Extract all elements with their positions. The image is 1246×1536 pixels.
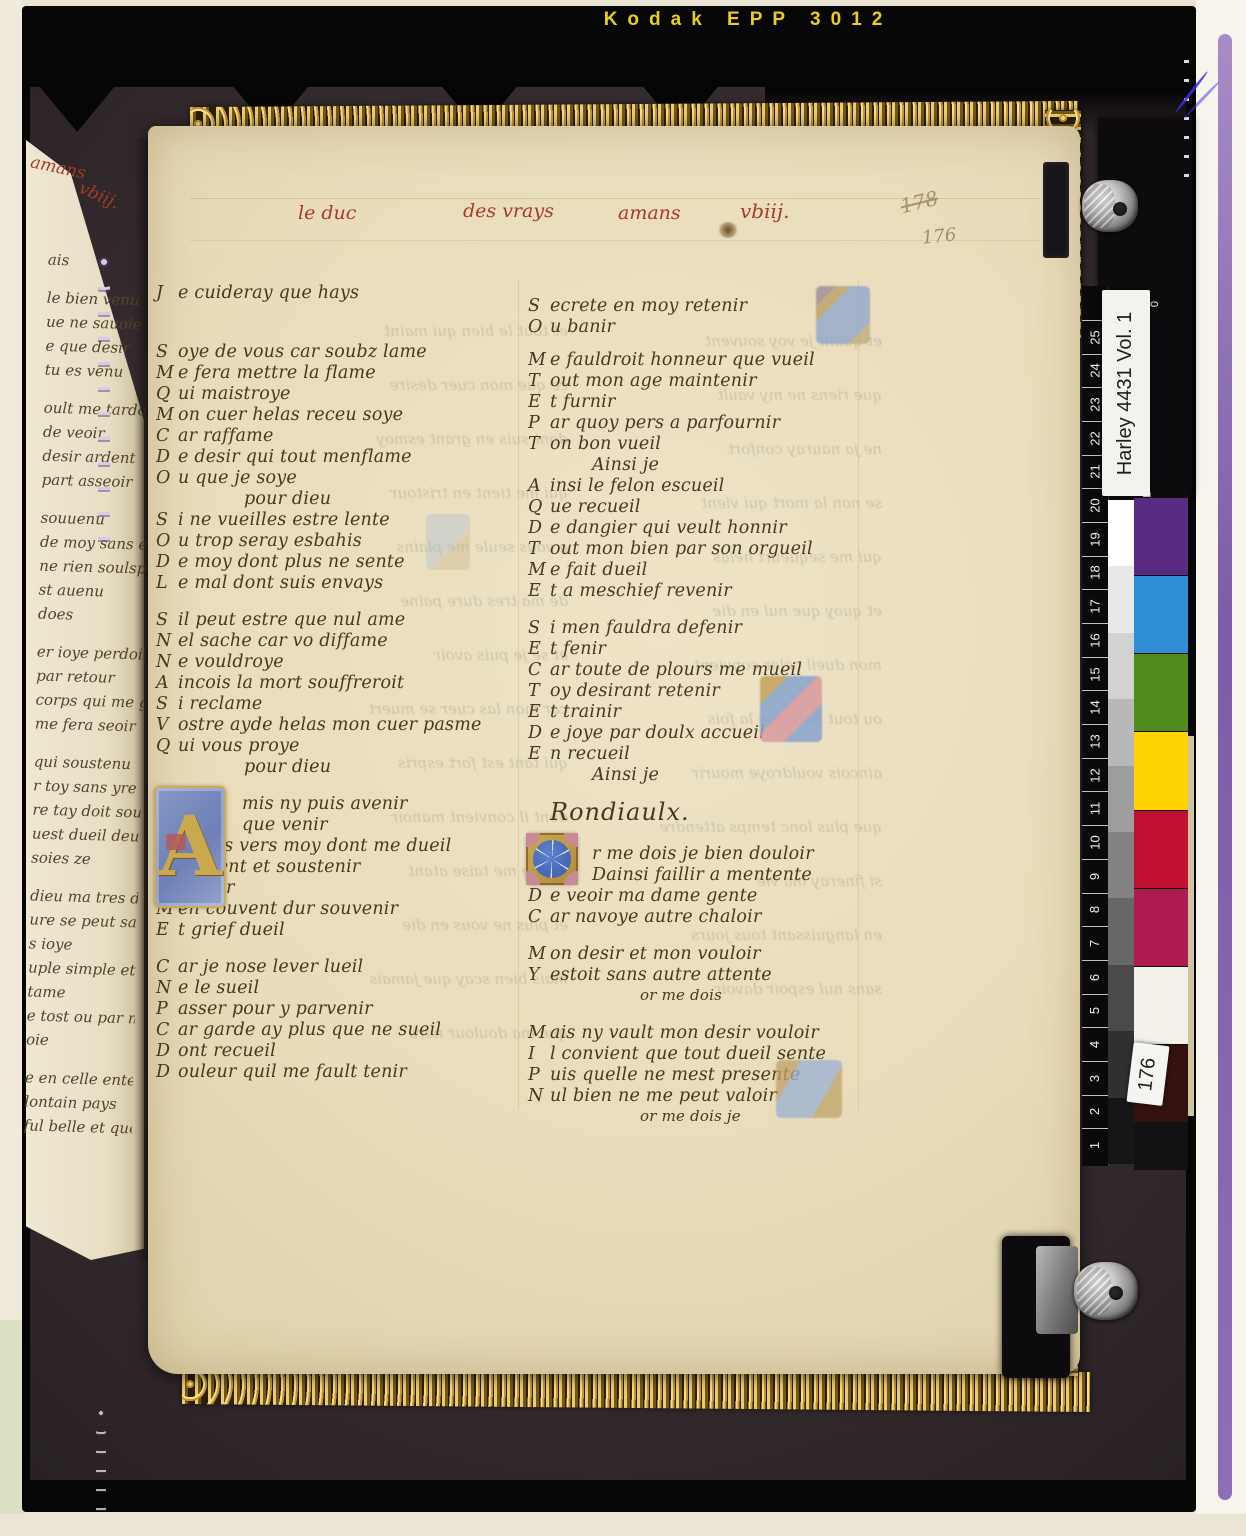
- verse-line: Car navoye autre chaloir: [528, 907, 878, 928]
- facing-page-line: e tost ou par maint: [26, 1006, 135, 1033]
- verse-line: Passer pour y parvenir: [156, 999, 501, 1020]
- verse-line: Toy desirant retenir: [528, 681, 878, 702]
- ruler-tick: 15: [1082, 657, 1108, 691]
- facing-page-line: does: [38, 605, 147, 632]
- verse-line: Tout mon age maintenir: [528, 371, 878, 392]
- verse-line: [528, 832, 878, 844]
- facing-page-line: par retour: [36, 667, 145, 694]
- ruler-tick: 6: [1082, 960, 1108, 994]
- facing-page-line: souuenu: [40, 509, 149, 536]
- verse-column-left: Je cuideray que haysSoye de vous car sou…: [156, 283, 501, 1083]
- verse-line: Me fera mettre la flame: [156, 363, 501, 384]
- verse-line: En recueil: [528, 744, 878, 765]
- ruler-tick: 9: [1082, 859, 1108, 893]
- verse-line: [528, 1007, 878, 1023]
- verse-column-right: Secrete en moy retenirOu banirMe fauldro…: [528, 296, 878, 1128]
- ruler-tick: 13: [1082, 724, 1108, 758]
- verse-line: pour dieu: [156, 757, 501, 778]
- initial-corner: [526, 871, 540, 885]
- facing-page-line: me fera seoir: [34, 715, 143, 742]
- gray-step: [1108, 699, 1134, 765]
- gray-step: [1108, 832, 1134, 898]
- verse-line: [156, 941, 501, 957]
- verse-line: De dangier qui veult honnir: [528, 518, 878, 539]
- facing-page-line: e en celle entente: [25, 1068, 134, 1095]
- strap-rivet-bottom: [1074, 1262, 1138, 1320]
- verse-line: Tout mon bien par son orgueil: [528, 539, 878, 560]
- verse-line: Ainsi je: [528, 455, 878, 476]
- verse-line: Et grief dueil: [156, 920, 501, 941]
- color-patch: [1134, 1123, 1188, 1170]
- verse-line: Me fauldroit honneur que vueil: [528, 350, 878, 371]
- verse-line: Par quoy pers a parfournir: [528, 413, 878, 434]
- color-patch: [1134, 889, 1188, 967]
- facing-page-line: ful belle et queret: [23, 1116, 132, 1143]
- color-patch: [1134, 654, 1188, 732]
- verse-line: Aincois la mort souffreroit: [156, 673, 501, 694]
- shelfmark-text: Harley 4431 Vol. 1: [1115, 311, 1138, 474]
- ruler-tick: 5: [1082, 994, 1108, 1028]
- bleedthrough-initial: [426, 514, 470, 570]
- facing-page-line: er ioye perdoit: [37, 643, 146, 670]
- scan-edge-tint: [0, 1320, 24, 1536]
- ruler-tick: 1: [1082, 1128, 1108, 1162]
- ruler-tick: 19: [1082, 522, 1108, 556]
- facing-page-line: uest dueil deuenu: [31, 824, 140, 851]
- ruler-tick: 14: [1082, 690, 1108, 724]
- verse-line: Qui vous proye: [156, 736, 501, 757]
- verse-line: Soye de vous car soubz lame: [156, 342, 501, 363]
- gray-step: [1108, 766, 1134, 832]
- verse-line: Car je nose lever lueil: [156, 957, 501, 978]
- folio-label-text: 176: [1135, 1056, 1162, 1092]
- colorbar-reflection: [1188, 736, 1194, 1116]
- facing-page-line: dieu ma tres doulce dame: [30, 886, 139, 913]
- facing-page-line: soies ze: [31, 848, 140, 875]
- manuscript-photo: Kodak EPP 3012 amans vbiij. aisle bien v…: [0, 0, 1246, 1536]
- verse-line: Ainsi le felon escueil: [528, 476, 878, 497]
- verse-line: Car raffame: [156, 426, 501, 447]
- verse-line: [528, 928, 878, 944]
- parchment-stain: [718, 222, 738, 238]
- verse-line: Ou que je soye: [156, 468, 501, 489]
- verse-line: Si reclame: [156, 694, 501, 715]
- ruler-tick: 18: [1082, 556, 1108, 590]
- verse-line: Ne vouldroye: [156, 652, 501, 673]
- rivet-groove: [1084, 184, 1115, 228]
- verse-line: Ainsi je: [528, 765, 878, 786]
- facing-page-line: tame: [27, 982, 136, 1009]
- ruler-tick: 12: [1082, 758, 1108, 792]
- verse-line: Et trainir: [528, 702, 878, 723]
- verse-line: Car toute de plours me mueil: [528, 660, 878, 681]
- illuminated-initial-A: A: [154, 786, 226, 908]
- facing-page-line: corps qui me gardoit: [35, 691, 144, 718]
- verse-line: Et fenir: [528, 639, 878, 660]
- verse-line: Ton bon vueil: [528, 434, 878, 455]
- rivet-groove: [1077, 1267, 1112, 1316]
- facing-page-line: oie: [26, 1030, 135, 1057]
- gray-step: [1108, 633, 1134, 699]
- foliation-current: 176: [921, 224, 957, 248]
- facing-page-line: ne rien soulspire: [39, 557, 148, 584]
- facing-page-line: uple simple et quoye: [28, 958, 137, 985]
- verse-line: De veoir ma dame gente: [528, 886, 878, 907]
- initial-corner: [564, 833, 578, 847]
- initial-corner: [564, 871, 578, 885]
- verse-line: Qui maistroye: [156, 384, 501, 405]
- facing-page-line: lontain pays: [24, 1092, 133, 1119]
- ruler-tick: 4: [1082, 1027, 1108, 1061]
- ruler-tick: 3: [1082, 1061, 1108, 1095]
- verse-line: [156, 594, 501, 610]
- verse-line: [156, 304, 501, 342]
- facing-page-line: ure se peut sans blame: [29, 910, 138, 937]
- film-stock-label: Kodak EPP 3012: [423, 9, 1073, 31]
- film-edge-strip: [1218, 34, 1232, 1500]
- facing-page-line: s ioye: [28, 934, 137, 961]
- initial-infill: [166, 834, 186, 850]
- ruler-tick: 16: [1082, 623, 1108, 657]
- folio-label: 176: [1126, 1042, 1169, 1106]
- gray-step: [1108, 965, 1134, 1031]
- verse-line: Dainsi faillir a mentente: [528, 865, 878, 886]
- ruler-tick: 10: [1082, 825, 1108, 859]
- film-tab: [1043, 162, 1069, 258]
- color-patch: [1134, 576, 1188, 654]
- color-patch: [1134, 498, 1188, 576]
- facing-page-line: r toy sans yre: [33, 776, 142, 803]
- verse-line: [528, 602, 878, 618]
- bleedthrough-initial: [760, 676, 822, 742]
- verse-line: De desir qui tout menflame: [156, 447, 501, 468]
- facing-page-line: de moy sans essire: [40, 533, 149, 560]
- color-patch: [1134, 732, 1188, 810]
- film-edge-ticks: [1184, 60, 1189, 182]
- verse-line: Le mal dont suis envays: [156, 573, 501, 594]
- ruler-tick: 17: [1082, 589, 1108, 623]
- verse-line: Que recueil: [528, 497, 878, 518]
- ruler-tick: 11: [1082, 791, 1108, 825]
- running-title-2: des vrays: [463, 200, 554, 222]
- colorbar-mark-B: B: [1142, 490, 1154, 497]
- verse-line: Je cuideray que hays: [156, 283, 501, 304]
- initial-star-pattern: [533, 840, 571, 878]
- scan-edge-left: [0, 0, 24, 1536]
- verse-line: Car garde ay plus que ne sueil: [156, 1020, 501, 1041]
- color-patch: [1134, 967, 1188, 1045]
- gray-step: [1108, 1098, 1134, 1164]
- verse-line: Ne le sueil: [156, 978, 501, 999]
- verse-line: Si men fauldra defenir: [528, 618, 878, 639]
- rivet-hole: [1113, 202, 1127, 216]
- facing-page-line: re tay doit souffrir: [32, 800, 141, 827]
- bleedthrough-initial: [816, 286, 870, 344]
- verse-line: Sil peut estre que nul ame: [156, 610, 501, 631]
- ruler-tick: 2: [1082, 1095, 1108, 1129]
- verse-line: Et furnir: [528, 392, 878, 413]
- gray-step: [1108, 566, 1134, 632]
- verse-line: Mais ny vault mon desir vouloir: [528, 1023, 878, 1044]
- ruler-tick: 8: [1082, 893, 1108, 927]
- gray-step: [1108, 898, 1134, 964]
- bleedthrough-initial: [776, 1060, 842, 1118]
- verse-line: De joye par doulx accueil: [528, 723, 878, 744]
- verse-line: Yestoit sans autre attente: [528, 965, 878, 986]
- rivet-hole: [1109, 1286, 1123, 1300]
- verse-line: Me fait dueil: [528, 560, 878, 581]
- facing-page-line: qui soustenu: [33, 752, 142, 779]
- ruling-line: [190, 240, 1040, 241]
- color-patch: [1134, 811, 1188, 889]
- verse-line: Dont recueil: [156, 1041, 501, 1062]
- quire-mark: vbiij.: [740, 199, 789, 223]
- running-title-1: le duc: [298, 202, 356, 224]
- verse-line: or me dois: [528, 986, 878, 1007]
- ruler-tick: 7: [1082, 926, 1108, 960]
- verse-line: Et a meschief revenir: [528, 581, 878, 602]
- verse-line: Douleur quil me fault tenir: [156, 1062, 501, 1083]
- gray-step: [1108, 500, 1134, 566]
- verse-line: Mon cuer helas receu soye: [156, 405, 501, 426]
- verse-line: Mon desir et mon vouloir: [528, 944, 878, 965]
- verse-line: pour dieu: [156, 489, 501, 510]
- scan-edge-bottom: [0, 1514, 1246, 1536]
- film-sprocket-dots-bottom: [96, 1406, 106, 1524]
- verse-line: Rondiaulx.: [528, 798, 878, 832]
- colorbar-mark-0: 0: [1149, 301, 1161, 307]
- strap-rivet-top: [1082, 180, 1138, 232]
- shelfmark-label: Harley 4431 Vol. 1: [1102, 290, 1150, 496]
- verse-line: Vostre ayde helas mon cuer pasme: [156, 715, 501, 736]
- metal-clip: [1036, 1246, 1078, 1334]
- film-sprocket-dots-top: [98, 252, 110, 542]
- running-title-3: amans: [618, 202, 681, 224]
- facing-page-line: st auenu: [38, 581, 147, 608]
- verse-line: [528, 786, 878, 798]
- illuminated-initial-O: O: [526, 833, 578, 885]
- verse-line: Nel sache car vo diffame: [156, 631, 501, 652]
- verse-line: r me dois je bien douloir: [528, 844, 878, 865]
